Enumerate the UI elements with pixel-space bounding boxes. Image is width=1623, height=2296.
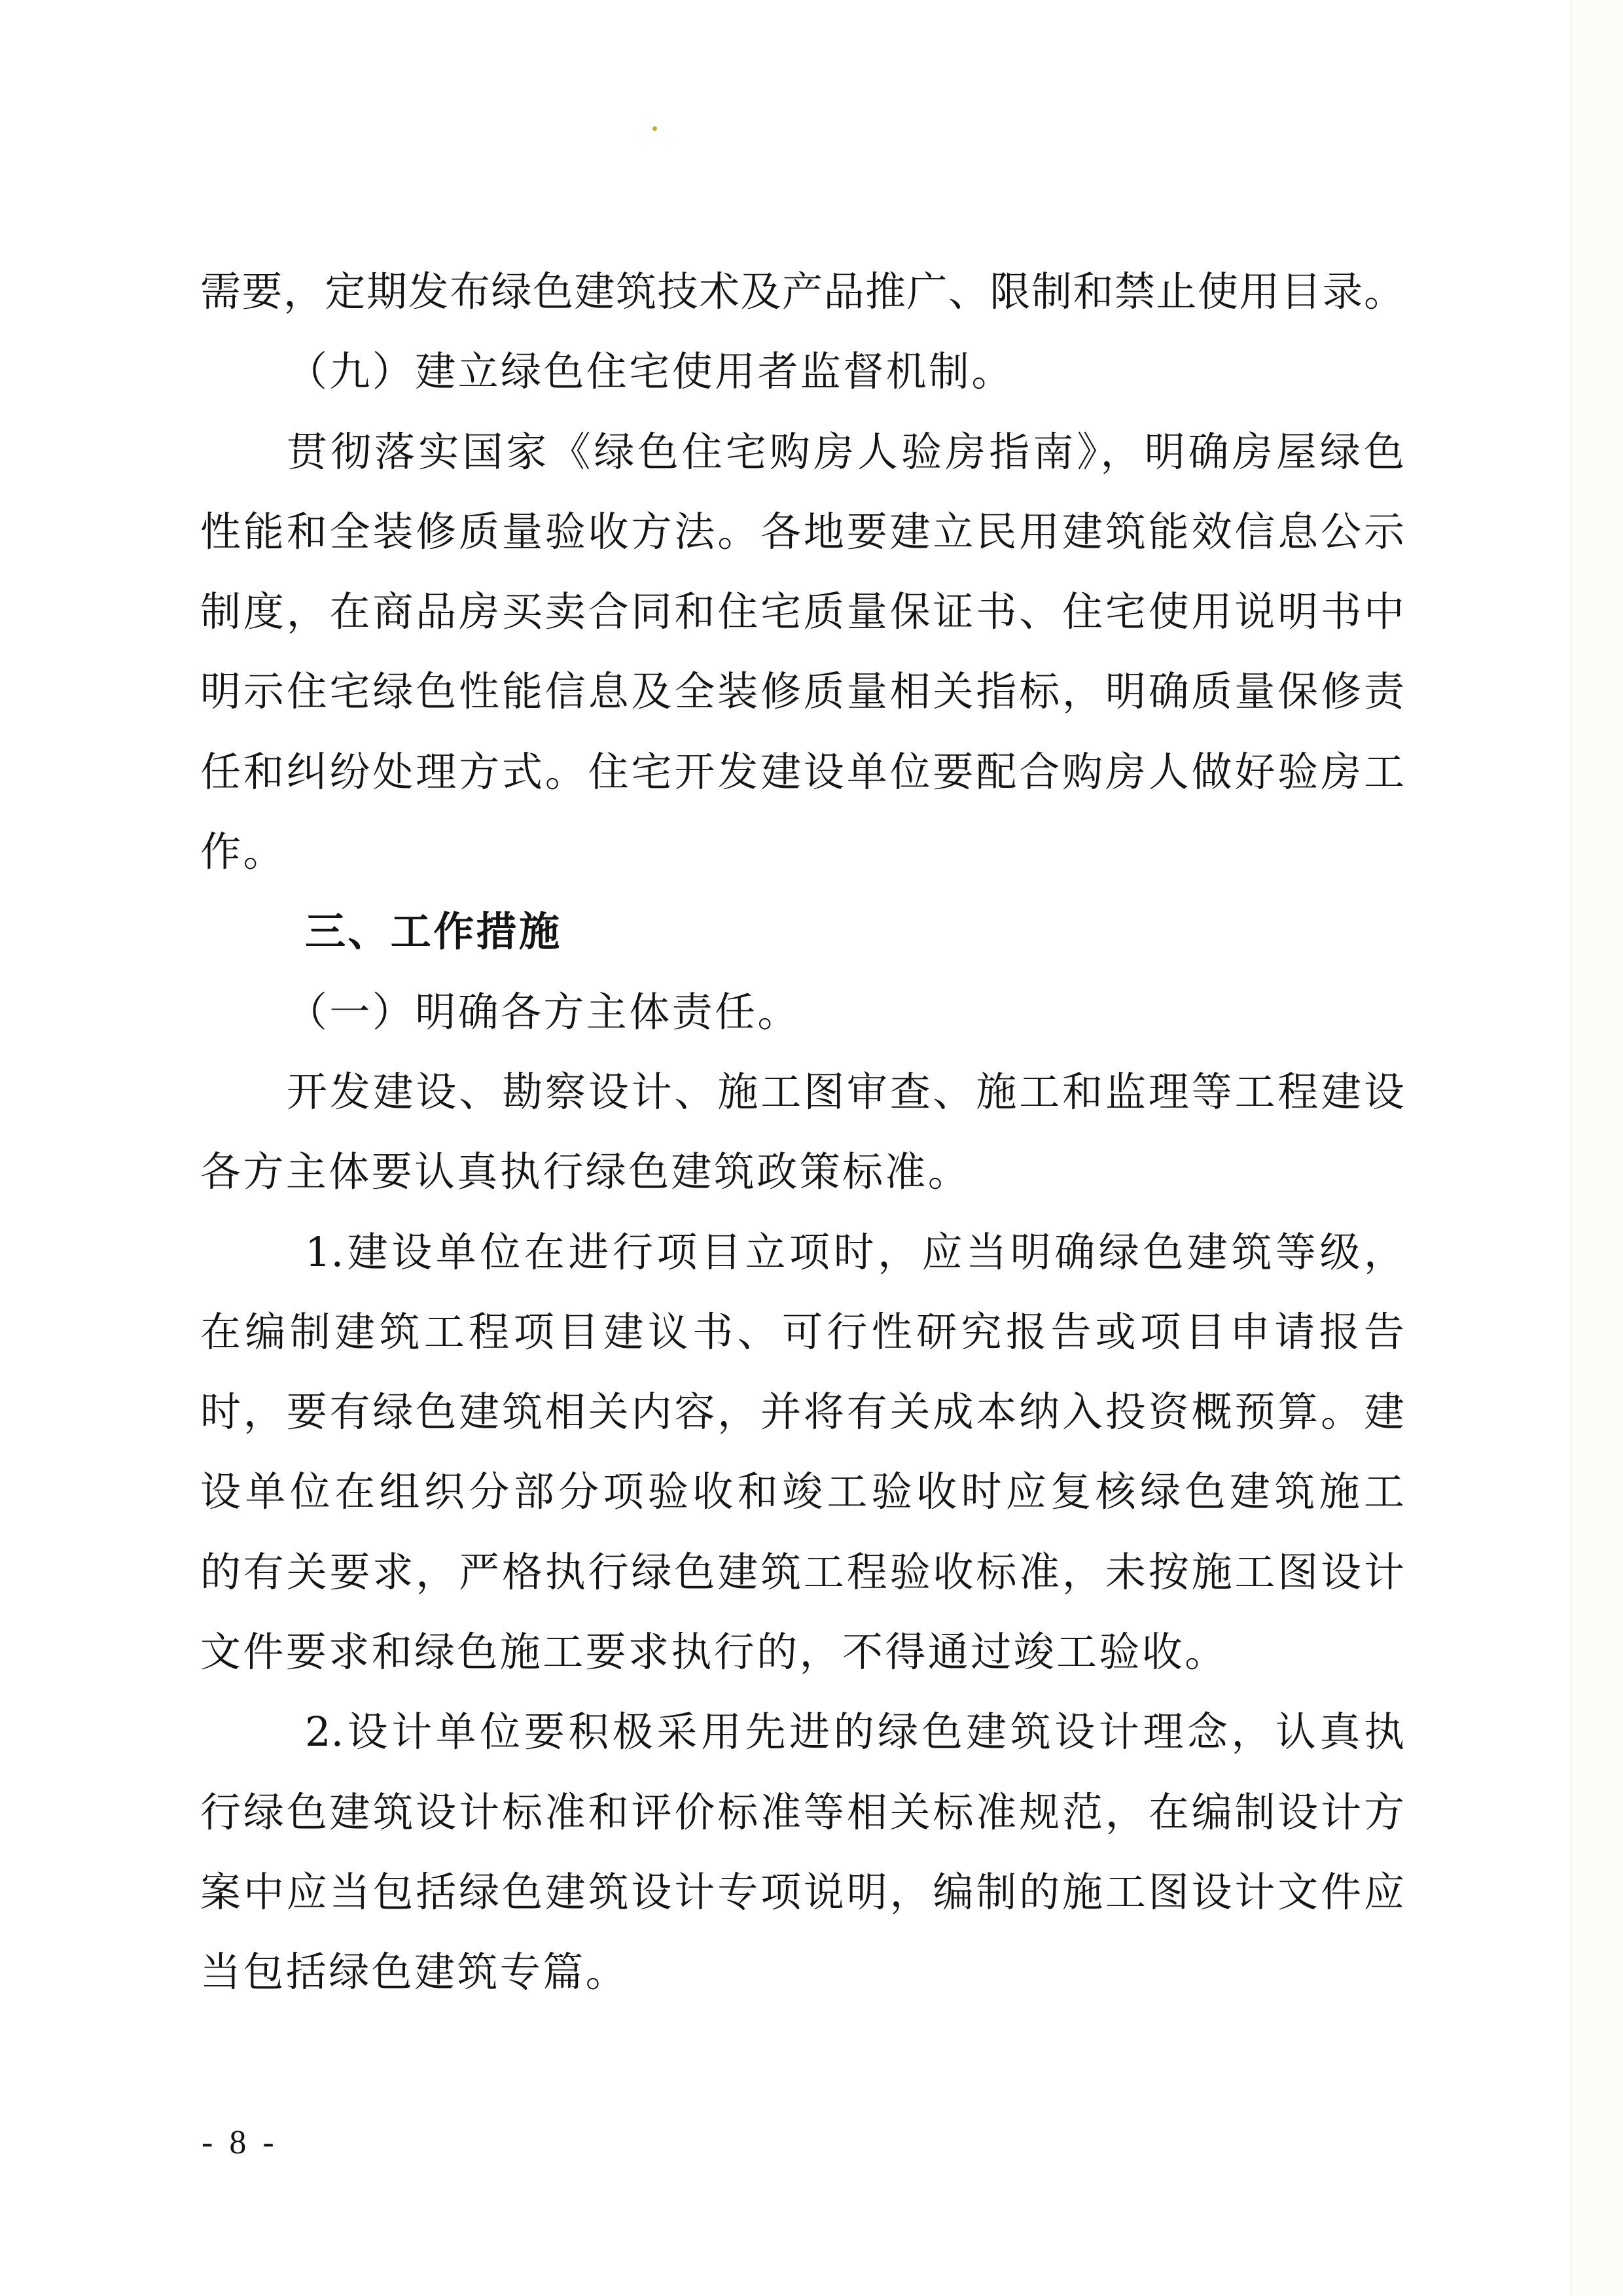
paragraph-line: 的有关要求，严格执行绿色建筑工程验收标准，未按施工图设计 [200, 1532, 1404, 1612]
paragraph-line: 当包括绿色建筑专篇。 [200, 1932, 1404, 2012]
paragraph-line: 案中应当包括绿色建筑设计专项说明，编制的施工图设计文件应 [200, 1852, 1404, 1932]
paragraph-line: 设单位在组织分部分项验收和竣工验收时应复核绿色建筑施工 [200, 1452, 1404, 1532]
paragraph-line: 1.建设单位在进行项目立项时，应当明确绿色建筑等级， [200, 1212, 1404, 1292]
paragraph-line: 作。 [200, 812, 1404, 892]
paragraph-line: 开发建设、勘察设计、施工图审查、施工和监理等工程建设 [200, 1052, 1404, 1132]
paragraph-line: 2.设计单位要积极采用先进的绿色建筑设计理念，认真执 [200, 1692, 1404, 1772]
paragraph-line: 任和纠纷处理方式。住宅开发建设单位要配合购房人做好验房工 [200, 732, 1404, 812]
paragraph-line: 行绿色建筑设计标准和评价标准等相关标准规范，在编制设计方 [200, 1773, 1404, 1852]
paragraph-line: 制度，在商品房买卖合同和住宅质量保证书、住宅使用说明书中 [200, 572, 1404, 652]
paragraph-line: 贯彻落实国家《绿色住宅购房人验房指南》，明确房屋绿色 [200, 412, 1404, 492]
scan-speck [652, 126, 657, 131]
paragraph-line: 性能和全装修质量验收方法。各地要建立民用建筑能效信息公示 [200, 492, 1404, 572]
paragraph-line: 时，要有绿色建筑相关内容，并将有关成本纳入投资概预算。建 [200, 1372, 1404, 1452]
page-number: - 8 - [202, 2123, 278, 2163]
scanned-page-edge [1571, 0, 1623, 2296]
paragraph-line: 需要，定期发布绿色建筑技术及产品推广、限制和禁止使用目录。 [200, 252, 1404, 332]
subheading-line: （九）建立绿色住宅使用者监督机制。 [200, 332, 1404, 412]
paragraph-line: 在编制建筑工程项目建议书、可行性研究报告或项目申请报告 [200, 1292, 1404, 1372]
document-body: 需要，定期发布绿色建筑技术及产品推广、限制和禁止使用目录。 （九）建立绿色住宅使… [200, 252, 1404, 2013]
subheading-line: （一）明确各方主体责任。 [200, 972, 1404, 1052]
paragraph-line: 文件要求和绿色施工要求执行的，不得通过竣工验收。 [200, 1612, 1404, 1692]
paragraph-line: 各方主体要认真执行绿色建筑政策标准。 [200, 1132, 1404, 1212]
section-heading: 三、工作措施 [200, 892, 1404, 972]
paragraph-line: 明示住宅绿色性能信息及全装修质量相关指标，明确质量保修责 [200, 652, 1404, 732]
